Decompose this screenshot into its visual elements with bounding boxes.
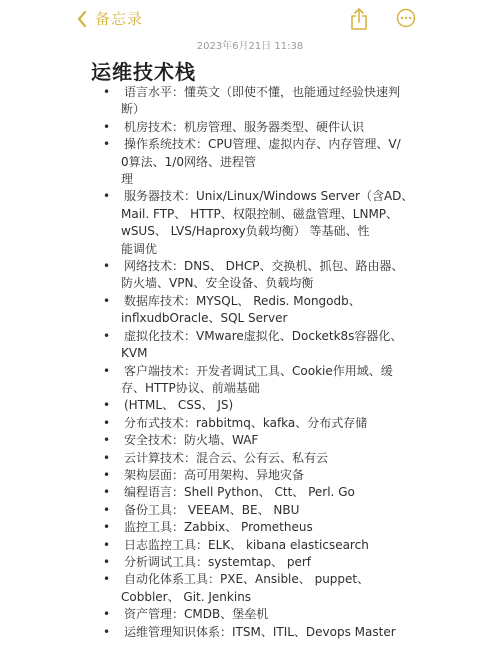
list-item-text: 日志监控工具：ELK、 kibana elasticsearch: [121, 537, 414, 554]
list-item-text: Mail. FTP、 HTTP、权限控制、磁盘管理、LNMP、: [121, 206, 414, 223]
list-item[interactable]: •备份工具： VEEAM、BE、 NBU: [0, 502, 500, 519]
list-item-text: 资产管理：CMDB、堡垒机: [121, 606, 414, 623]
share-icon[interactable]: [349, 7, 369, 31]
list-item-text: 客户端技术：开发者调试工具、Cookie作用域、缓: [121, 363, 414, 380]
list-item[interactable]: •语言水平：懂英文（即使不懂，也能通过经验快速判断）: [0, 84, 500, 119]
list-item-text: 备份工具： VEEAM、BE、 NBU: [121, 502, 414, 519]
list-item-text: KVM: [121, 345, 414, 362]
bullet-icon: •: [103, 136, 110, 153]
list-item-text: 机房技术：机房管理、服务器类型、硬件认识: [121, 119, 414, 136]
list-item[interactable]: •分布式技术：rabbitmq、kafka、分布式存储: [0, 415, 500, 432]
bullet-icon: •: [103, 606, 110, 623]
list-item[interactable]: •(HTML、 CSS、 JS): [0, 397, 500, 414]
list-item-text: 云计算技术：混合云、公有云、私有云: [121, 450, 414, 467]
list-item-text: 存、HTTP协议、前端基础: [121, 380, 414, 397]
list-item[interactable]: •资产管理：CMDB、堡垒机: [0, 606, 500, 623]
bullet-icon: •: [103, 328, 110, 345]
list-item[interactable]: •服务器技术：Unix/Linux/Windows Server（含AD、Mai…: [0, 188, 500, 258]
list-item-text: 服务器技术：Unix/Linux/Windows Server（含AD、: [121, 188, 414, 205]
list-item[interactable]: •网络技术：DNS、 DHCP、交换机、抓包、路由器、防火墙、VPN、安全设备、…: [0, 258, 500, 293]
list-item[interactable]: •客户端技术：开发者调试工具、Cookie作用域、缓存、HTTP协议、前端基础: [0, 363, 500, 398]
bullet-icon: •: [103, 188, 110, 205]
back-button[interactable]: 备忘录: [76, 8, 143, 29]
list-item[interactable]: •数据库技术：MYSQL、 Redis. Mongodb、inflxudbOra…: [0, 293, 500, 328]
note-bullet-list[interactable]: •语言水平：懂英文（即使不懂，也能通过经验快速判断）•机房技术：机房管理、服务器…: [0, 84, 500, 641]
back-label: 备忘录: [95, 8, 143, 29]
list-item-text: 虚拟化技术：VMware虚拟化、Docketk8s容器化、: [121, 328, 414, 345]
bullet-icon: •: [103, 519, 110, 536]
bullet-icon: •: [103, 502, 110, 519]
list-item-text: 数据库技术：MYSQL、 Redis. Mongodb、: [121, 293, 414, 310]
list-item[interactable]: •编程语言：Shell Python、 Ctt、 Perl. Go: [0, 484, 500, 501]
list-item-text: inflxudbOracle、SQL Server: [121, 310, 414, 327]
bullet-icon: •: [103, 363, 110, 380]
list-item-text: 分布式技术：rabbitmq、kafka、分布式存储: [121, 415, 414, 432]
list-item-text: (HTML、 CSS、 JS): [121, 397, 414, 414]
list-item-text: 操作系统技术：CPU管理、虚拟内存、内存管理、V/: [121, 136, 414, 153]
list-item-text: 架构层面：高可用架构、异地灾备: [121, 467, 414, 484]
bullet-icon: •: [103, 258, 110, 275]
navigation-bar: 备忘录: [0, 0, 500, 38]
list-item[interactable]: •机房技术：机房管理、服务器类型、硬件认识: [0, 119, 500, 136]
list-item-text: 断）: [121, 101, 414, 118]
list-item-text: 安全技术：防火墙、WAF: [121, 432, 414, 449]
bullet-icon: •: [103, 119, 110, 136]
bullet-icon: •: [103, 432, 110, 449]
list-item-text: wSUS、 LVS/Haproxy负载均衡） 等基础、性: [121, 223, 414, 240]
bullet-icon: •: [103, 554, 110, 571]
list-item[interactable]: •监控工具：Zabbix、 Prometheus: [0, 519, 500, 536]
bullet-icon: •: [103, 624, 110, 641]
list-item-text: 自动化体系工具：PXE、Ansible、 puppet、: [121, 571, 414, 588]
list-item-text: 监控工具：Zabbix、 Prometheus: [121, 519, 414, 536]
bullet-icon: •: [103, 450, 110, 467]
list-item-text: 网络技术：DNS、 DHCP、交换机、抓包、路由器、: [121, 258, 414, 275]
list-item-text: 运维管理知识体系：ITSM、ITIL、Devops Master: [121, 624, 414, 641]
list-item[interactable]: •操作系统技术：CPU管理、虚拟内存、内存管理、V/0算法、1/0网络、进程管理: [0, 136, 500, 188]
list-item-text: 能调优: [121, 241, 414, 258]
chevron-left-icon: [76, 10, 88, 28]
list-item[interactable]: •自动化体系工具：PXE、Ansible、 puppet、Cobbler、 Gi…: [0, 571, 500, 606]
list-item-text: Cobbler、 Git. Jenkins: [121, 589, 414, 606]
bullet-icon: •: [103, 397, 110, 414]
list-item-text: 0算法、1/0网络、进程管: [121, 154, 414, 171]
list-item[interactable]: •分析调试工具：systemtap、 perf: [0, 554, 500, 571]
bullet-icon: •: [103, 84, 110, 101]
list-item[interactable]: •日志监控工具：ELK、 kibana elasticsearch: [0, 537, 500, 554]
ellipsis-circle-icon[interactable]: [396, 8, 416, 28]
list-item-text: 分析调试工具：systemtap、 perf: [121, 554, 414, 571]
bullet-icon: •: [103, 537, 110, 554]
bullet-icon: •: [103, 293, 110, 310]
list-item-text: 编程语言：Shell Python、 Ctt、 Perl. Go: [121, 484, 414, 501]
list-item[interactable]: •虚拟化技术：VMware虚拟化、Docketk8s容器化、KVM: [0, 328, 500, 363]
list-item[interactable]: •云计算技术：混合云、公有云、私有云: [0, 450, 500, 467]
list-item-text: 防火墙、VPN、安全设备、负载均衡: [121, 275, 414, 292]
list-item[interactable]: •架构层面：高可用架构、异地灾备: [0, 467, 500, 484]
bullet-icon: •: [103, 484, 110, 501]
bullet-icon: •: [103, 467, 110, 484]
note-timestamp: 2023年6月21日 11:38: [0, 37, 500, 52]
list-item[interactable]: •安全技术：防火墙、WAF: [0, 432, 500, 449]
list-item-text: 理: [121, 171, 414, 188]
list-item-text: 语言水平：懂英文（即使不懂，也能通过经验快速判: [121, 84, 414, 101]
list-item[interactable]: •运维管理知识体系：ITSM、ITIL、Devops Master: [0, 624, 500, 641]
note-title[interactable]: 运维技术栈: [91, 56, 196, 85]
bullet-icon: •: [103, 415, 110, 432]
bullet-icon: •: [103, 571, 110, 588]
